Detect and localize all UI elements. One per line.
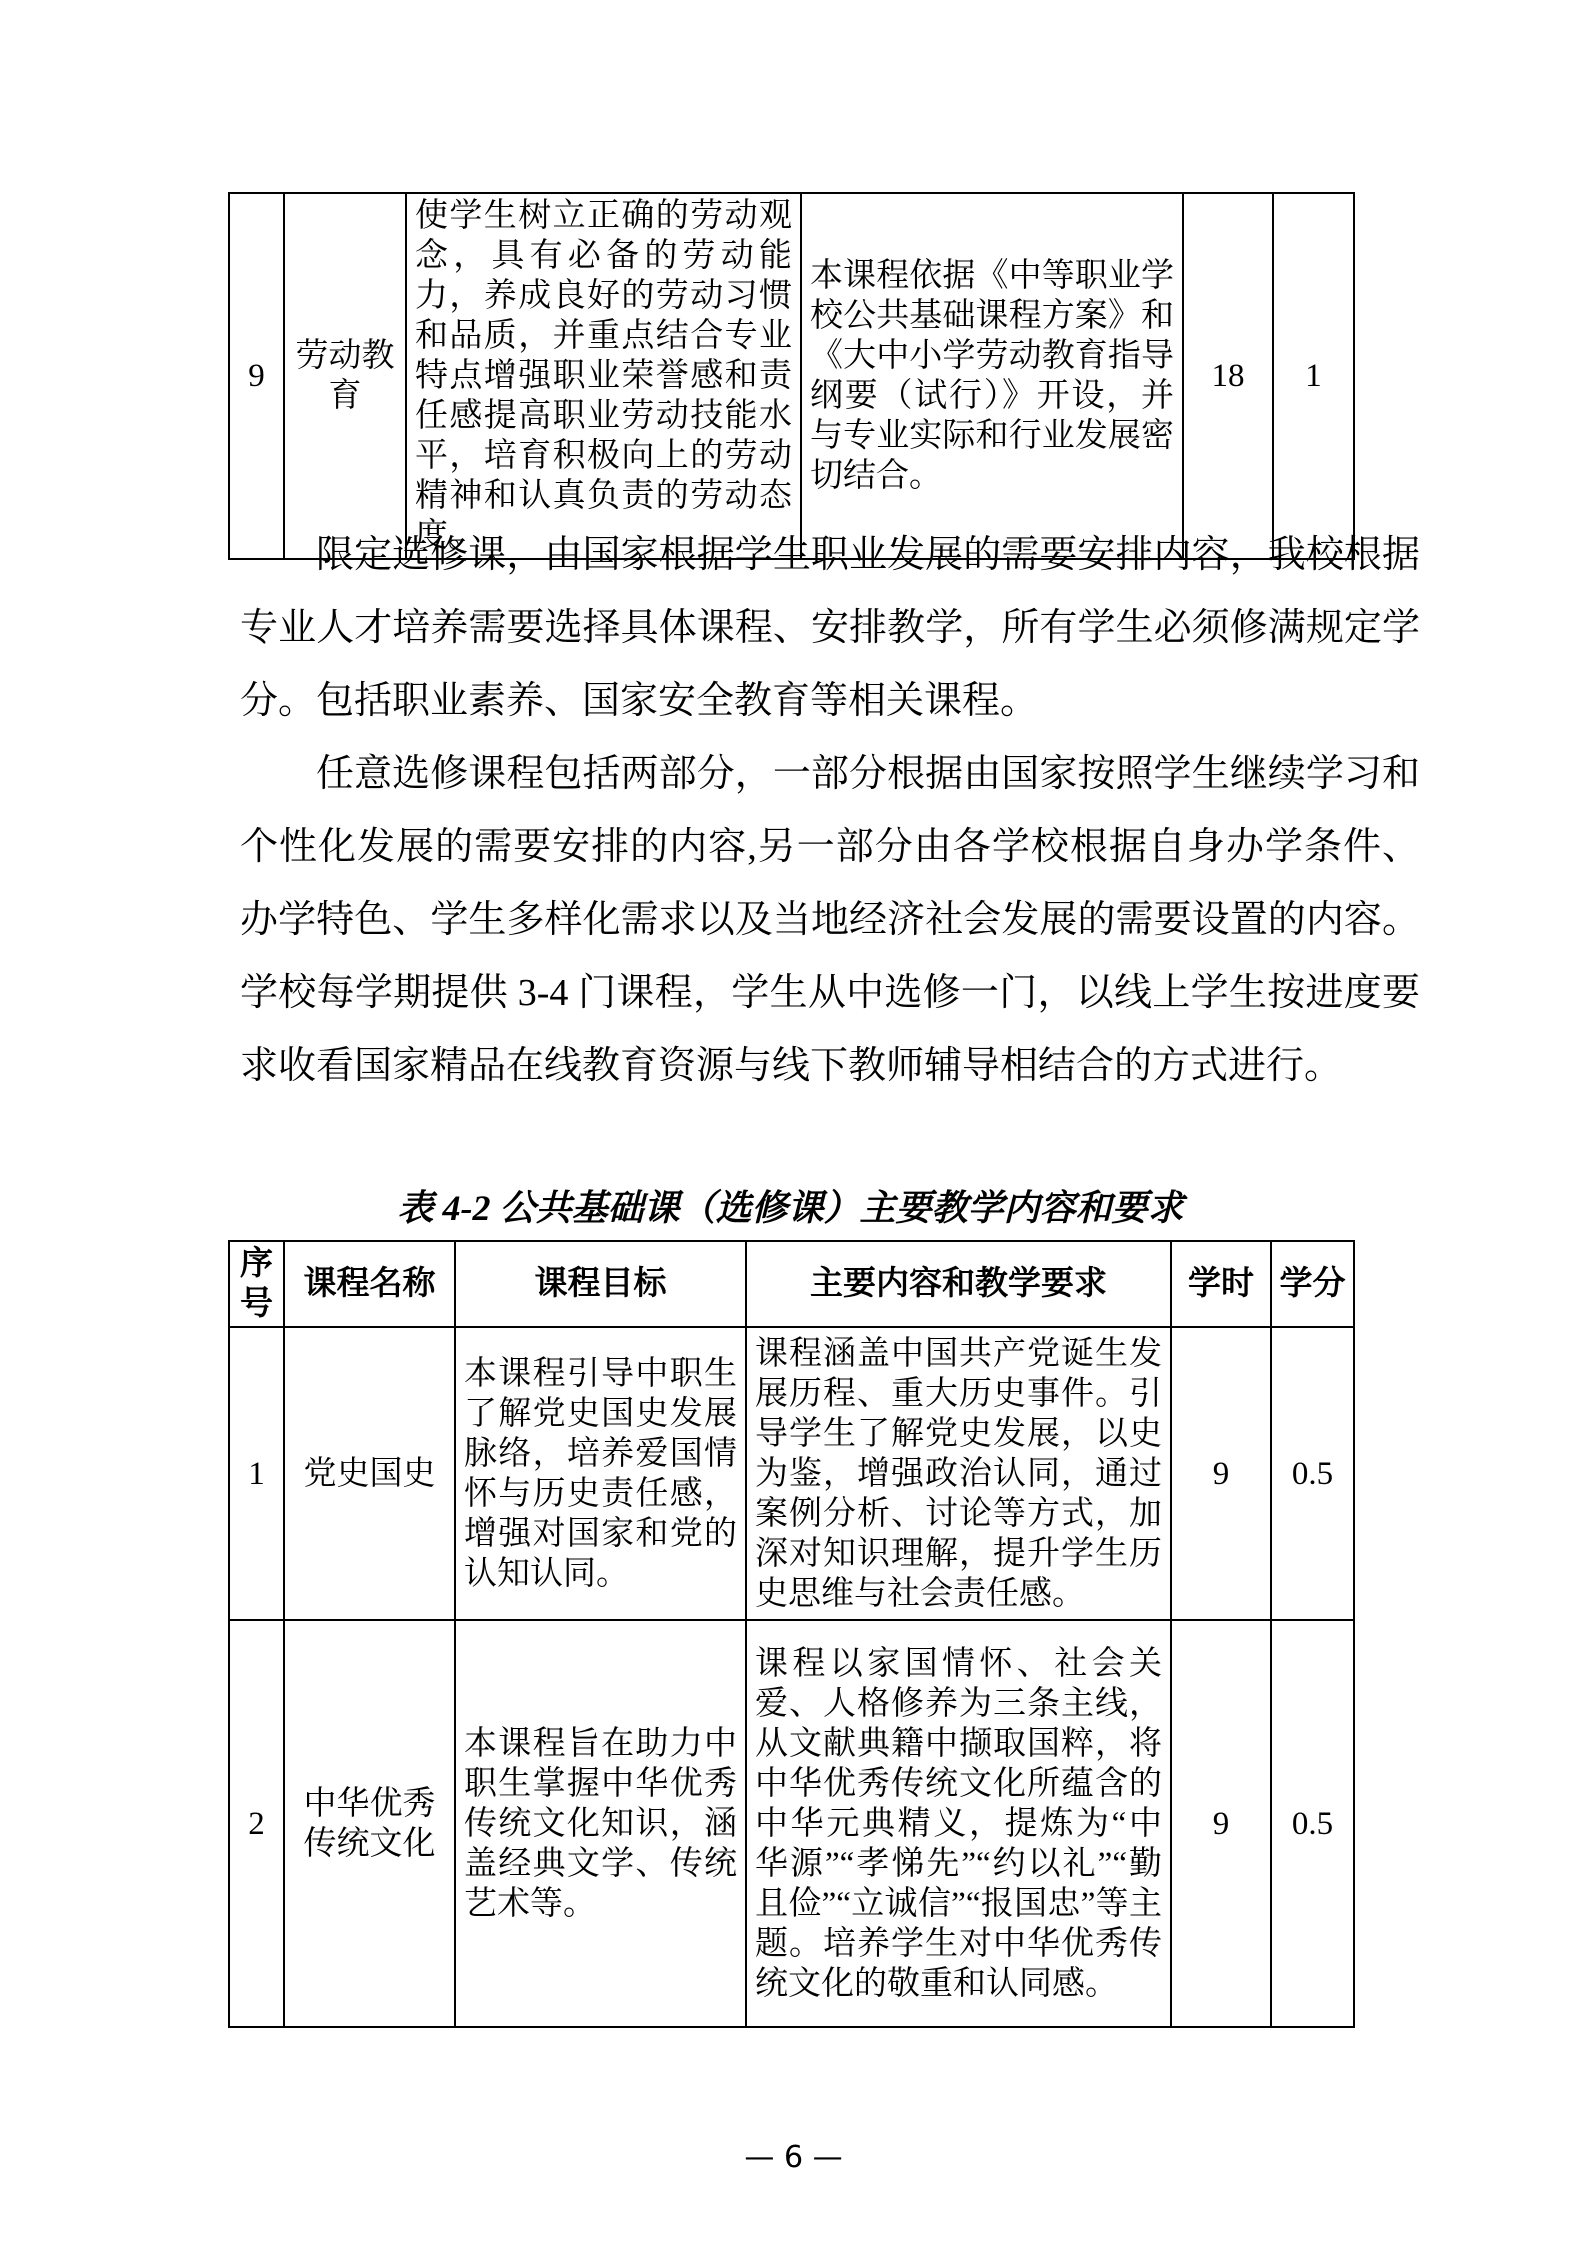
cell-main-content: 课程涵盖中国共产党诞生发展历程、重大历史事件。引导学生了解党史发展，以史为鉴，增… — [746, 1327, 1171, 1620]
cell-credits: 1 — [1273, 193, 1354, 559]
table-row: 9 劳动教育 使学生树立正确的劳动观念，具有必备的劳动能力，养成良好的劳动习惯和… — [229, 193, 1354, 559]
cell-course-name: 党史国史 — [284, 1327, 455, 1620]
table-header-row: 序号 课程名称 课程目标 主要内容和教学要求 学时 学分 — [229, 1241, 1354, 1327]
header-course-goal: 课程目标 — [455, 1241, 746, 1327]
cell-hours: 9 — [1171, 1620, 1271, 2027]
cell-credits: 0.5 — [1271, 1620, 1354, 2027]
cell-course-goal: 本课程旨在助力中职生掌握中华优秀传统文化知识，涵盖经典文学、传统艺术等。 — [455, 1620, 746, 2027]
cell-course-goal: 使学生树立正确的劳动观念，具有必备的劳动能力，养成良好的劳动习惯和品质，并重点结… — [406, 193, 801, 559]
table-4-2-title: 表 4-2 公共基础课（选修课）主要教学内容和要求 — [228, 1186, 1353, 1230]
cell-hours: 9 — [1171, 1327, 1271, 1620]
table-4-2: 序号 课程名称 课程目标 主要内容和教学要求 学时 学分 1 党史国史 本课程引… — [228, 1240, 1355, 2028]
cell-course-goal: 本课程引导中职生了解党史国史发展脉络，培养爱国情怀与历史责任感，增强对国家和党的… — [455, 1327, 746, 1620]
table-4-1-continuation: 9 劳动教育 使学生树立正确的劳动观念，具有必备的劳动能力，养成良好的劳动习惯和… — [228, 192, 1355, 560]
cell-seq: 2 — [229, 1620, 284, 2027]
cell-hours: 18 — [1183, 193, 1273, 559]
cell-credits: 0.5 — [1271, 1327, 1354, 1620]
header-hours: 学时 — [1171, 1241, 1271, 1327]
header-credits: 学分 — [1271, 1241, 1354, 1327]
cell-main-content: 课程以家国情怀、社会关爱、人格修养为三条主线，从文献典籍中撷取国粹，将中华优秀传… — [746, 1620, 1171, 2027]
cell-course-name: 中华优秀传统文化 — [284, 1620, 455, 2027]
table-row: 1 党史国史 本课程引导中职生了解党史国史发展脉络，培养爱国情怀与历史责任感，增… — [229, 1327, 1354, 1620]
cell-main-content: 本课程依据《中等职业学校公共基础课程方案》和《大中小学劳动教育指导纲要（试行）》… — [801, 193, 1183, 559]
cell-seq: 9 — [229, 193, 284, 559]
cell-course-name: 劳动教育 — [284, 193, 406, 559]
cell-seq: 1 — [229, 1327, 284, 1620]
paragraph-free-electives: 任意选修课程包括两部分，一部分根据由国家按照学生继续学习和个性化发展的需要安排的… — [240, 738, 1420, 1103]
table-row: 2 中华优秀传统文化 本课程旨在助力中职生掌握中华优秀传统文化知识，涵盖经典文学… — [229, 1620, 1354, 2027]
header-main-content: 主要内容和教学要求 — [746, 1241, 1171, 1327]
header-seq: 序号 — [229, 1241, 284, 1327]
paragraph-restricted-electives: 限定选修课，由国家根据学生职业发展的需要安排内容，我校根据专业人才培养需要选择具… — [240, 519, 1420, 738]
header-course-name: 课程名称 — [284, 1241, 455, 1327]
body-text: 限定选修课，由国家根据学生职业发展的需要安排内容，我校根据专业人才培养需要选择具… — [240, 519, 1420, 1103]
document-page: 9 劳动教育 使学生树立正确的劳动观念，具有必备的劳动能力，养成良好的劳动习惯和… — [0, 0, 1587, 2245]
page-number: — 6 — — [0, 2140, 1587, 2175]
